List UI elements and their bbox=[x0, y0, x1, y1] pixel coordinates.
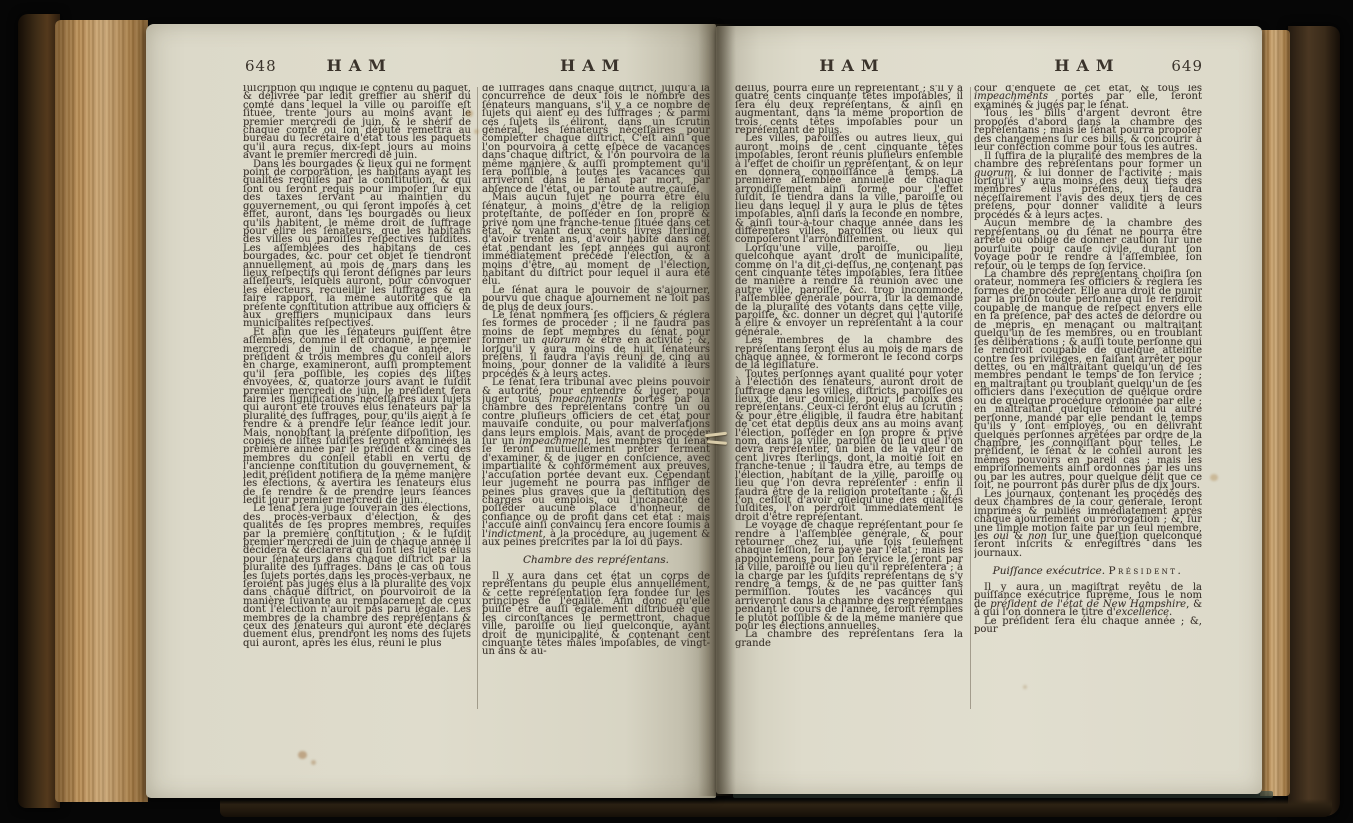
paragraph: Le voyage de chaque repréſentant pour ſe… bbox=[735, 522, 963, 631]
section-heading: Chambre des repréſentans. bbox=[482, 556, 710, 564]
text-columns-right: deſſus, pourra élire un repréſentant ; s… bbox=[735, 85, 1205, 713]
paragraph: Il y aura un magiſtrat revêtu de la puiſ… bbox=[974, 584, 1202, 618]
printed-area-left: 648 HAM HAM ſuſcription qui indique le c… bbox=[243, 56, 710, 756]
printed-area-right: HAM HAM 649 deſſus, pourra élire un repr… bbox=[735, 56, 1205, 756]
page-block-fore-edge-left bbox=[55, 20, 148, 802]
section-heading: Puiſſance exécutrice. Préſident. bbox=[974, 567, 1202, 575]
book-cover-right-board bbox=[1288, 26, 1340, 816]
page-header-left: 648 HAM HAM bbox=[243, 56, 710, 80]
paragraph: cour d'enquête de cet état, & tous les i… bbox=[974, 85, 1202, 110]
paragraph: ſuſcription qui indique le contenu du pa… bbox=[243, 85, 471, 161]
paragraph: Et afin que les ſénateurs puiſſent être … bbox=[243, 329, 471, 506]
book-page-left: 648 HAM HAM ſuſcription qui indique le c… bbox=[146, 24, 716, 798]
photograph-of-open-book: { "colors":{"paper":"#dedbcb","ink":"#39… bbox=[0, 0, 1353, 823]
book-page-right: HAM HAM 649 deſſus, pourra élire un repr… bbox=[716, 26, 1262, 794]
page-header-right: HAM HAM 649 bbox=[735, 56, 1205, 80]
paragraph: Le préſident ſera élu chaque année ; &, … bbox=[974, 618, 1202, 635]
paragraph: Toutes perſonnes ayant qualité pour vote… bbox=[735, 371, 963, 522]
page-number: 649 bbox=[1171, 57, 1203, 75]
column-divider-rule bbox=[477, 87, 478, 709]
running-head: HAM bbox=[970, 56, 1205, 75]
text-column: de ſuffrages dans chaque diſtrict, juſqu… bbox=[482, 85, 710, 713]
paragraph: Les villes, paroiſſes ou autres lieux, q… bbox=[735, 135, 963, 244]
section-heading-smallcaps: Préſident. bbox=[1108, 565, 1183, 577]
paragraph: La chambre des repréſentans choiſira ſon… bbox=[974, 271, 1202, 491]
page-block-fore-edge-right bbox=[1260, 30, 1290, 796]
paragraph: Le ſénat nommera ſes officiers & réglera… bbox=[482, 312, 710, 379]
paragraph: Mais aucun ſujet ne pourra être élu ſéna… bbox=[482, 194, 710, 286]
book-cover-left-board bbox=[18, 14, 60, 808]
paragraph: Les membres de la chambre des repréſenta… bbox=[735, 337, 963, 371]
paragraph: Lorſqu'une ville, paroiſſe, ou lieu quel… bbox=[735, 245, 963, 337]
text-column: cour d'enquête de cet état, & tous les i… bbox=[974, 85, 1202, 713]
paragraph: Tous les bills d'argent devront être pro… bbox=[974, 110, 1202, 152]
binding-thread-stitch bbox=[705, 430, 729, 450]
paragraph: Il y aura dans cet état un corps de repr… bbox=[482, 573, 710, 657]
paragraph: Dans les bourgades & lieux qui ne formen… bbox=[243, 161, 471, 329]
column-divider-rule bbox=[970, 87, 971, 709]
book-cover-bottom-board bbox=[220, 799, 1332, 817]
text-column: ſuſcription qui indique le contenu du pa… bbox=[243, 85, 471, 713]
paragraph: Il ſuffira de la pluralité des membres d… bbox=[974, 153, 1202, 221]
paragraph: Aucun membre de la chambre des repréſent… bbox=[974, 220, 1202, 271]
running-head: HAM bbox=[477, 56, 711, 75]
paragraph: de ſuffrages dans chaque diſtrict, juſqu… bbox=[482, 85, 710, 194]
running-head: HAM bbox=[735, 56, 970, 75]
paragraph: Le ſénat ſera tribunal avec pleins pouvo… bbox=[482, 379, 710, 547]
paragraph: deſſus, pourra élire un repréſentant ; s… bbox=[735, 85, 963, 135]
paragraph: Le ſénat aura le pouvoir de s'ajourner, … bbox=[482, 287, 710, 312]
text-columns-left: ſuſcription qui indique le contenu du pa… bbox=[243, 85, 710, 713]
running-head: HAM bbox=[243, 56, 477, 75]
text-column: deſſus, pourra élire un repréſentant ; s… bbox=[735, 85, 963, 713]
paragraph: Les journaux, contenant les procédés des… bbox=[974, 491, 1202, 559]
paragraph: La chambre des repréſentans ſera la gran… bbox=[735, 631, 963, 648]
paragraph: Le ſénat ſera juge ſouverain des électio… bbox=[243, 505, 471, 648]
